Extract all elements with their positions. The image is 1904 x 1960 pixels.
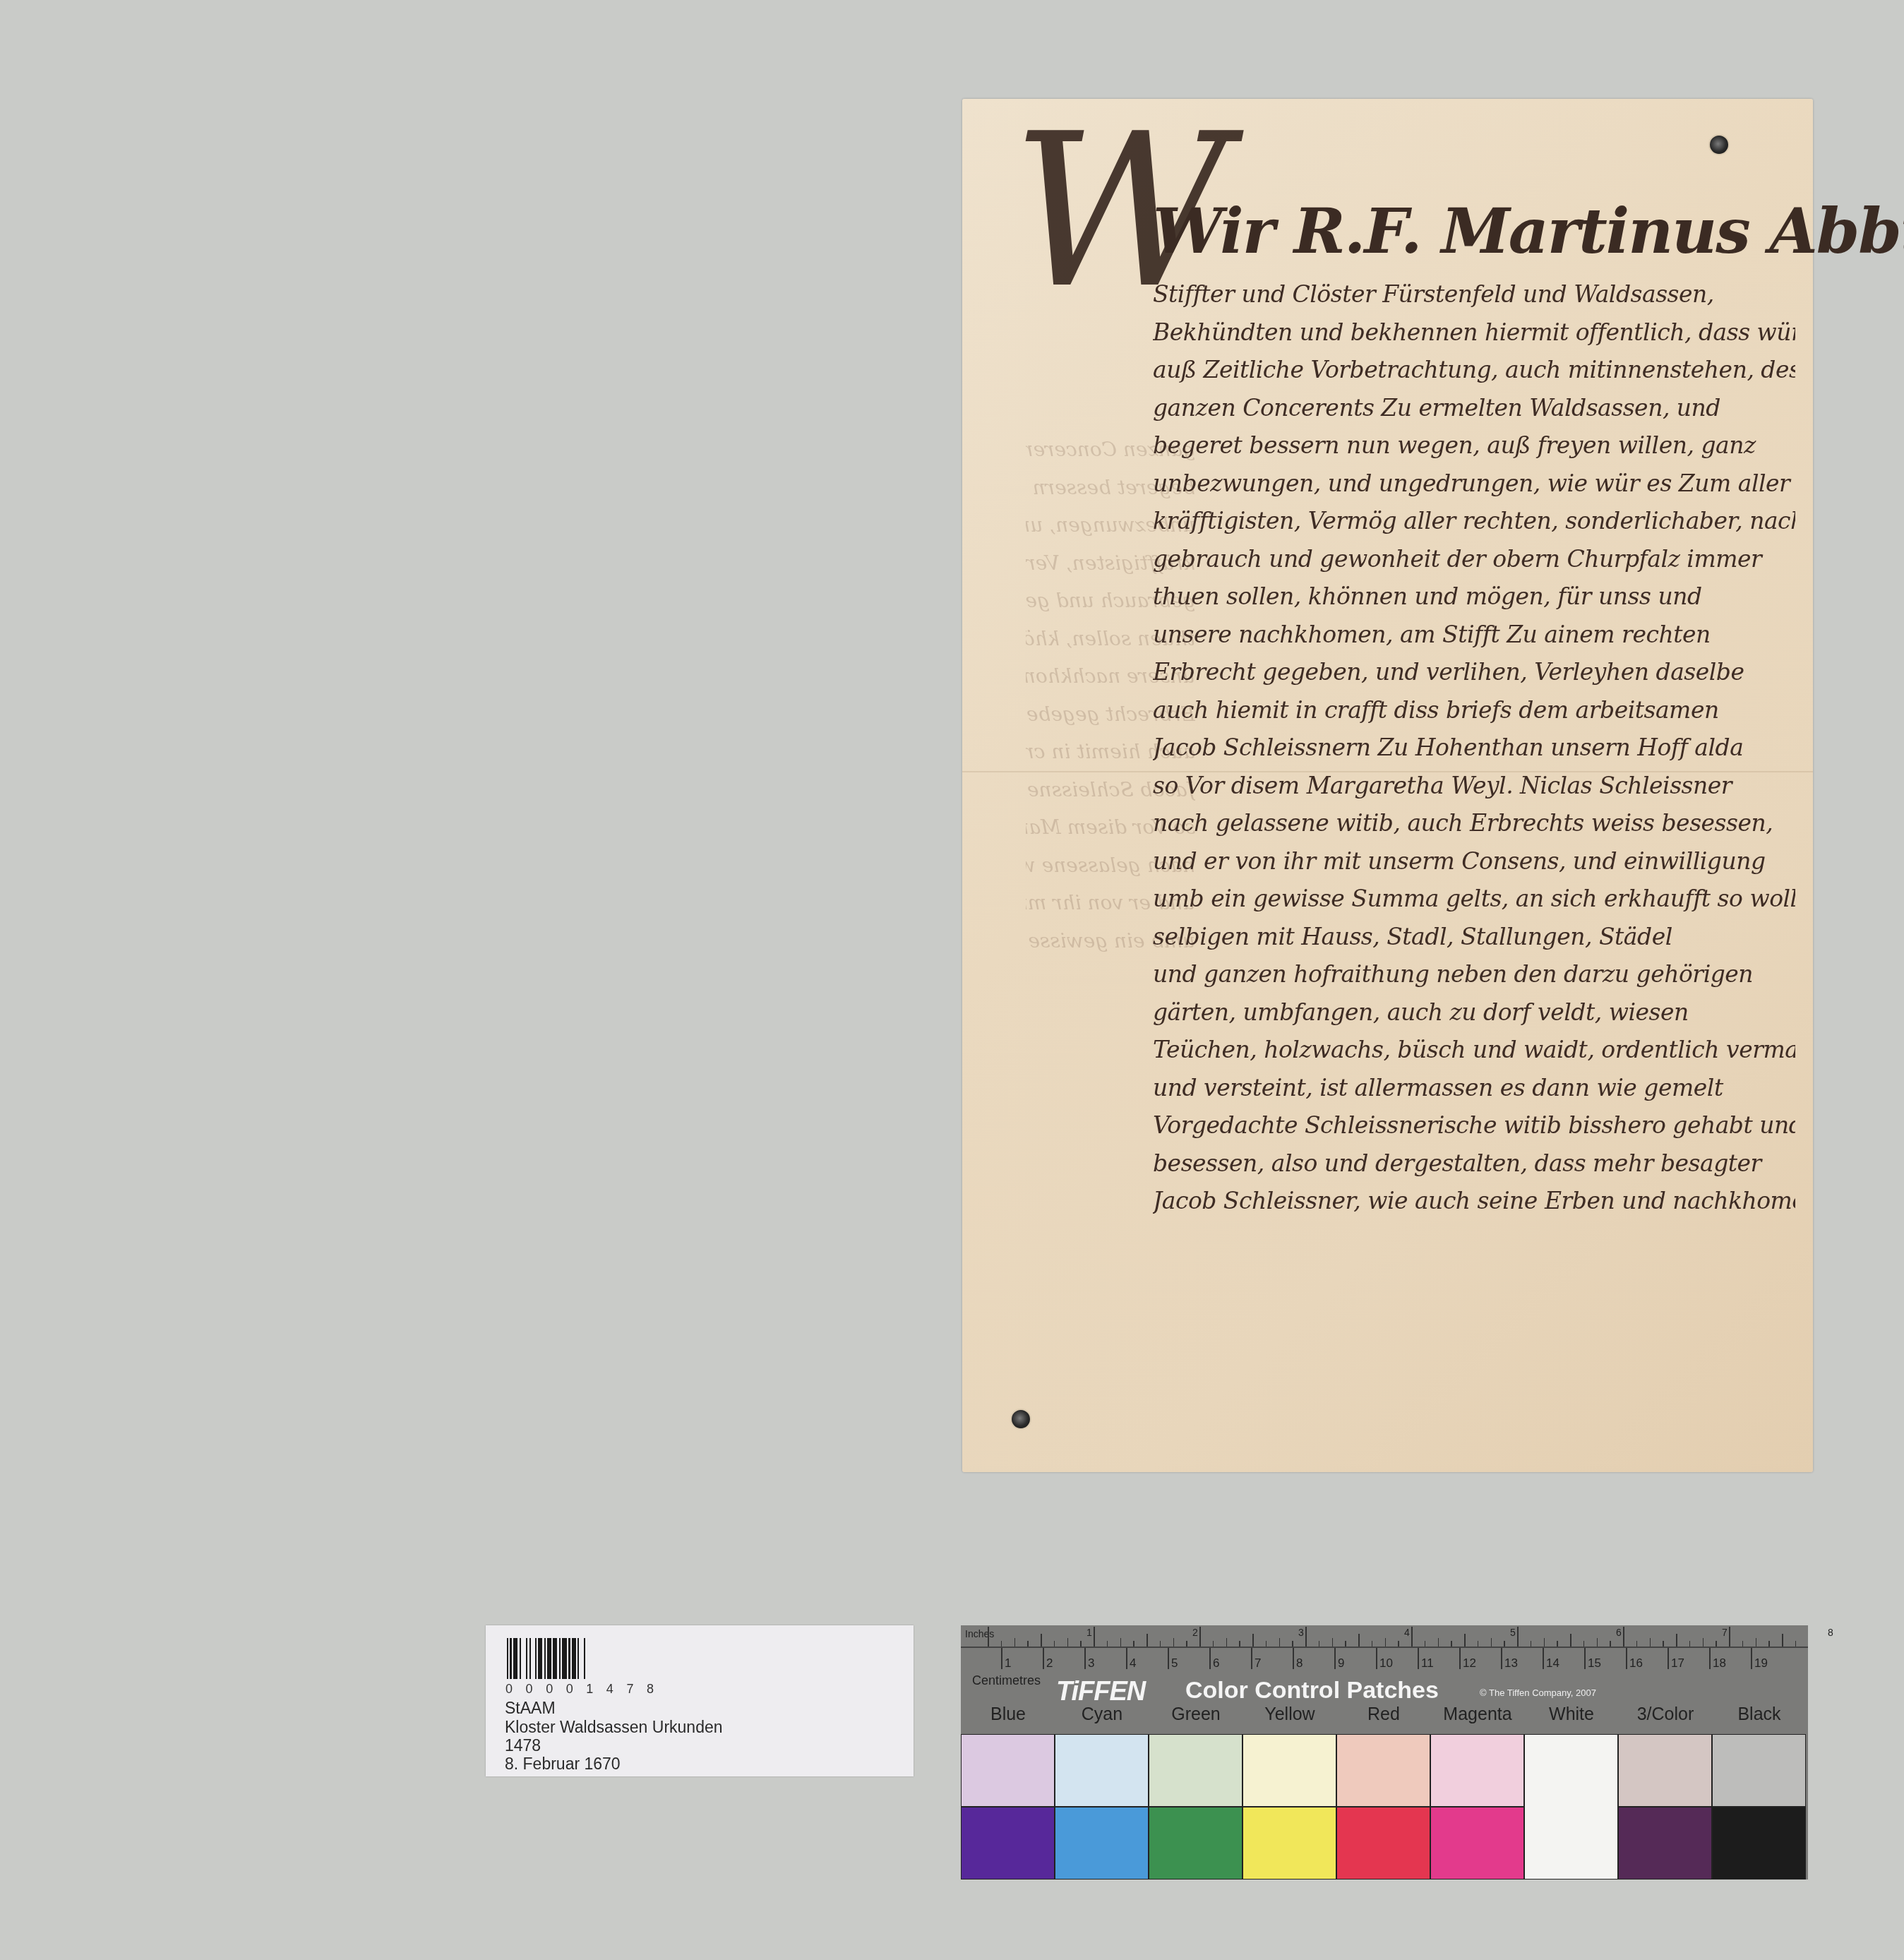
manuscript-line: besessen, also und dergestalten, dass me… (1153, 1145, 1795, 1183)
card-copyright: © The Tiffen Company, 2007 (1480, 1687, 1596, 1698)
manuscript-line: Erbrecht gegeben, und verlihen, Verleyhe… (1153, 653, 1795, 691)
patch-dark (1055, 1807, 1149, 1880)
ruler-tick (1160, 1641, 1161, 1647)
ruler-tick (1319, 1641, 1320, 1647)
cm-tick (1459, 1648, 1461, 1669)
ruler-tick (1199, 1627, 1201, 1647)
ruler-tick (1689, 1641, 1691, 1647)
ruler-tick (1398, 1641, 1399, 1647)
patch-light (1430, 1734, 1524, 1807)
color-patches (961, 1734, 1808, 1880)
patch-dark (1149, 1807, 1243, 1880)
patch-dark (1243, 1807, 1336, 1880)
ruler-tick (1425, 1641, 1426, 1647)
ruler-tick (1080, 1641, 1082, 1647)
manuscript-line: nach gelassene witib, auch Erbrechts wei… (1153, 804, 1795, 842)
ruler-tick (1676, 1634, 1677, 1647)
archive-name: StAAM (505, 1699, 556, 1717)
patch-name: White (1526, 1704, 1617, 1725)
ruler-tick (1491, 1638, 1492, 1647)
barcode-digit: 1 (586, 1682, 593, 1697)
patch-light (961, 1734, 1055, 1807)
ruler-tick (1107, 1641, 1108, 1647)
barcode-bar (521, 1638, 526, 1679)
cm-mark: 7 (1255, 1656, 1261, 1671)
cm-mark: 17 (1671, 1656, 1684, 1671)
cm-tick (1251, 1648, 1252, 1669)
ruler-tick (1014, 1638, 1016, 1647)
cm-mark: 9 (1338, 1656, 1344, 1671)
patch-light (1712, 1734, 1806, 1807)
patch-name: Blue (962, 1704, 1054, 1725)
ruler-tick (1226, 1638, 1228, 1647)
manuscript-line: Jacob Schleissner, wie auch seine Erben … (1153, 1182, 1795, 1220)
ruler-tick (1716, 1641, 1717, 1647)
cm-tick (1084, 1648, 1086, 1669)
cm-tick (1751, 1648, 1752, 1669)
cm-mark: 5 (1171, 1656, 1178, 1671)
barcode-digit: 7 (626, 1682, 633, 1697)
cm-mark: 13 (1504, 1656, 1518, 1671)
collection-name: Kloster Waldsassen Urkunden (505, 1718, 723, 1736)
ruler-tick (1478, 1641, 1479, 1647)
ruler-tick (1742, 1641, 1744, 1647)
inch-ruler: Inches 12345678 (961, 1625, 1808, 1648)
barcode-bar (562, 1638, 567, 1679)
cm-mark: 1 (1005, 1656, 1011, 1671)
ruler-tick (1464, 1634, 1466, 1647)
inch-mark: 2 (1192, 1627, 1198, 1638)
cm-tick (1709, 1648, 1711, 1669)
ruler-tick (1557, 1641, 1558, 1647)
ruler-tick (1504, 1641, 1505, 1647)
manuscript-line: gebrauch und gewonheit der obern Churpfa… (1153, 540, 1795, 578)
cm-tick (1668, 1648, 1669, 1669)
patch-name: Red (1338, 1704, 1430, 1725)
ruler-tick (1650, 1638, 1651, 1647)
cm-tick (1543, 1648, 1544, 1669)
cm-mark: 2 (1046, 1656, 1053, 1671)
barcode-digit: 8 (647, 1682, 654, 1697)
ruler-tick (1570, 1634, 1571, 1647)
ruler-tick (1067, 1638, 1069, 1647)
archive-label: 00001478 StAAM Kloster Waldsassen Urkund… (486, 1625, 914, 1776)
ruler-tick (1358, 1634, 1360, 1647)
manuscript-line: Vorgedachte Schleissnerische witib bissh… (1153, 1106, 1795, 1145)
patch-dark (1430, 1807, 1524, 1880)
patch-name: Green (1150, 1704, 1242, 1725)
manuscript-line: thuen sollen, khönnen und mögen, für uns… (1153, 578, 1795, 616)
manuscript-line: begeret bessern nun wegen, auß freyen wi… (1153, 426, 1795, 465)
manuscript-line: und er von ihr mit unserm Consens, und e… (1153, 842, 1795, 880)
ruler-tick (1094, 1627, 1095, 1647)
cm-tick (1293, 1648, 1294, 1669)
patch-light (1336, 1734, 1430, 1807)
cm-tick (1418, 1648, 1419, 1669)
cm-mark: 18 (1713, 1656, 1726, 1671)
tiffen-logo: TiFFEN (1056, 1677, 1145, 1707)
patch-light (1243, 1734, 1336, 1807)
manuscript-line: unbezwungen, und ungedrungen, wie wür es… (1153, 465, 1795, 503)
ruler-tick (1583, 1641, 1585, 1647)
patch-light (1055, 1734, 1149, 1807)
patch-dark (1712, 1807, 1806, 1880)
ruler-tick (1451, 1641, 1452, 1647)
manuscript-line: gärten, umbfangen, auch zu dorf veldt, w… (1153, 993, 1795, 1032)
patch-name: Yellow (1244, 1704, 1336, 1725)
ruler-tick (1636, 1641, 1638, 1647)
ruler-tick (1703, 1638, 1704, 1647)
patch-dark (961, 1807, 1055, 1880)
barcode-digit: 4 (606, 1682, 613, 1697)
cm-tick (1334, 1648, 1336, 1669)
cm-mark: 15 (1588, 1656, 1601, 1671)
manuscript-line: auß Zeitliche Vorbetrachtung, auch mitin… (1153, 351, 1795, 389)
ruler-tick (1120, 1638, 1122, 1647)
manuscript-line: ganzen Concerents Zu ermelten Waldsassen… (1153, 389, 1795, 427)
ruler-tick (1292, 1641, 1293, 1647)
ruler-tick (1597, 1638, 1598, 1647)
record-date: 8. Februar 1670 (505, 1755, 621, 1773)
patch-light (1149, 1734, 1243, 1807)
cm-tick (1209, 1648, 1211, 1669)
patch-dark (1336, 1807, 1430, 1880)
ruler-tick (1385, 1638, 1387, 1647)
cm-tick (1584, 1648, 1586, 1669)
patch-dark (1618, 1807, 1712, 1880)
ruler-tick (1027, 1641, 1029, 1647)
barcode (507, 1638, 648, 1679)
punch-hole-icon (1708, 134, 1730, 155)
barcode-digit: 0 (505, 1682, 513, 1697)
inches-label: Inches (965, 1628, 994, 1639)
manuscript-line: Stiffter und Clöster Fürstenfeld und Wal… (1153, 275, 1795, 313)
inch-mark: 4 (1404, 1627, 1410, 1638)
ruler-tick (1531, 1641, 1532, 1647)
barcode-digits: 00001478 (505, 1682, 654, 1697)
cm-tick (1126, 1648, 1127, 1669)
manuscript-line: Jacob Schleissnern Zu Hohenthan unsern H… (1153, 729, 1795, 767)
manuscript-line: auch hiemit in crafft diss briefs dem ar… (1153, 691, 1795, 729)
cm-mark: 12 (1463, 1656, 1476, 1671)
barcode-digit: 0 (566, 1682, 573, 1697)
ruler-tick (1756, 1638, 1757, 1647)
ruler-tick (1133, 1641, 1134, 1647)
centimetres-label: Centimetres (972, 1673, 1041, 1688)
inch-mark: 7 (1722, 1627, 1728, 1638)
ruler-tick (1173, 1638, 1175, 1647)
inch-mark: 8 (1828, 1627, 1833, 1638)
barcode-digit: 0 (546, 1682, 553, 1697)
manuscript-page: W Wir R.F. Martinus Abbt beeder ganzen C… (962, 99, 1813, 1472)
cm-mark: 19 (1754, 1656, 1768, 1671)
patch-name: Magenta (1432, 1704, 1523, 1725)
ruler-tick (1438, 1638, 1439, 1647)
ruler-tick (1041, 1634, 1042, 1647)
patch-light (1618, 1734, 1712, 1807)
manuscript-line: umb ein gewisse Summa gelts, an sich erk… (1153, 880, 1795, 918)
ruler-tick (1279, 1638, 1281, 1647)
cm-tick (1626, 1648, 1627, 1669)
manuscript-line: unsere nachkhomen, am Stifft Zu ainem re… (1153, 616, 1795, 654)
barcode-bar (585, 1638, 589, 1679)
ruler-tick (1517, 1627, 1519, 1647)
patch-names: BlueCyanGreenYellowRedMagentaWhite3/Colo… (961, 1704, 1808, 1728)
cm-mark: 14 (1546, 1656, 1559, 1671)
ruler-tick (1795, 1641, 1797, 1647)
inch-mark: 3 (1298, 1627, 1304, 1638)
manuscript-line: und ganzen hofraithung neben den darzu g… (1153, 955, 1795, 993)
ruler-tick (1146, 1634, 1148, 1647)
inch-mark: 6 (1616, 1627, 1622, 1638)
ruler-tick (1305, 1627, 1307, 1647)
ruler-tick (1186, 1641, 1187, 1647)
barcode-bar (579, 1638, 584, 1679)
cm-mark: 3 (1088, 1656, 1094, 1671)
barcode-digit: 0 (526, 1682, 533, 1697)
punch-hole-icon (1010, 1409, 1031, 1430)
ruler-tick (1213, 1641, 1214, 1647)
ruler-tick (1610, 1641, 1611, 1647)
cm-tick (1168, 1648, 1169, 1669)
ruler-tick (1054, 1641, 1055, 1647)
cm-tick (1376, 1648, 1377, 1669)
cm-tick (1001, 1648, 1002, 1669)
patch-name: Black (1713, 1704, 1805, 1725)
ruler-tick (1239, 1641, 1240, 1647)
ruler-tick (1782, 1634, 1783, 1647)
ruler-tick (988, 1627, 989, 1647)
manuscript-line: und versteint, ist allermassen es dann w… (1153, 1069, 1795, 1107)
patch-white (1524, 1734, 1618, 1880)
ruler-tick (1345, 1641, 1346, 1647)
cm-mark: 16 (1629, 1656, 1643, 1671)
ruler-tick (1001, 1641, 1002, 1647)
ruler-tick (1252, 1634, 1254, 1647)
ruler-tick (1768, 1641, 1770, 1647)
cm-mark: 8 (1296, 1656, 1303, 1671)
cm-mark: 4 (1130, 1656, 1136, 1671)
ruler-tick (1332, 1638, 1334, 1647)
manuscript-line: kräfftigisten, Vermög aller rechten, son… (1153, 502, 1795, 540)
document-heading: Wir R.F. Martinus Abbt beeder (1153, 194, 1904, 268)
record-number: 1478 (505, 1736, 541, 1755)
color-control-card: Inches 12345678 Centimetres TiFFEN Color… (961, 1625, 1808, 1880)
cm-mark: 6 (1213, 1656, 1219, 1671)
patch-name: 3/Color (1619, 1704, 1711, 1725)
manuscript-text: Stiffter und Clöster Fürstenfeld und Wal… (1153, 275, 1795, 1220)
cm-tick (1043, 1648, 1044, 1669)
cm-mark: 11 (1421, 1656, 1434, 1671)
inch-mark: 1 (1086, 1627, 1092, 1638)
ruler-tick (1663, 1641, 1664, 1647)
ruler-tick (1372, 1641, 1373, 1647)
manuscript-line: Teüchen, holzwachs, büsch und waidt, ord… (1153, 1031, 1795, 1069)
ruler-tick (1729, 1627, 1730, 1647)
manuscript-line: so Vor disem Margaretha Weyl. Niclas Sch… (1153, 767, 1795, 805)
ruler-tick (1623, 1627, 1624, 1647)
card-title: Color Control Patches (1185, 1677, 1439, 1704)
ruler-tick (1544, 1638, 1545, 1647)
patch-name: Cyan (1056, 1704, 1148, 1725)
manuscript-line: Bekhündten und bekhennen hiermit offentl… (1153, 313, 1795, 352)
inch-mark: 5 (1510, 1627, 1516, 1638)
ruler-tick (1266, 1641, 1267, 1647)
cm-mark: 10 (1379, 1656, 1393, 1671)
cm-tick (1501, 1648, 1502, 1669)
ruler-tick (1411, 1627, 1413, 1647)
manuscript-line: selbigen mit Hauss, Stadl, Stallungen, S… (1153, 918, 1795, 956)
